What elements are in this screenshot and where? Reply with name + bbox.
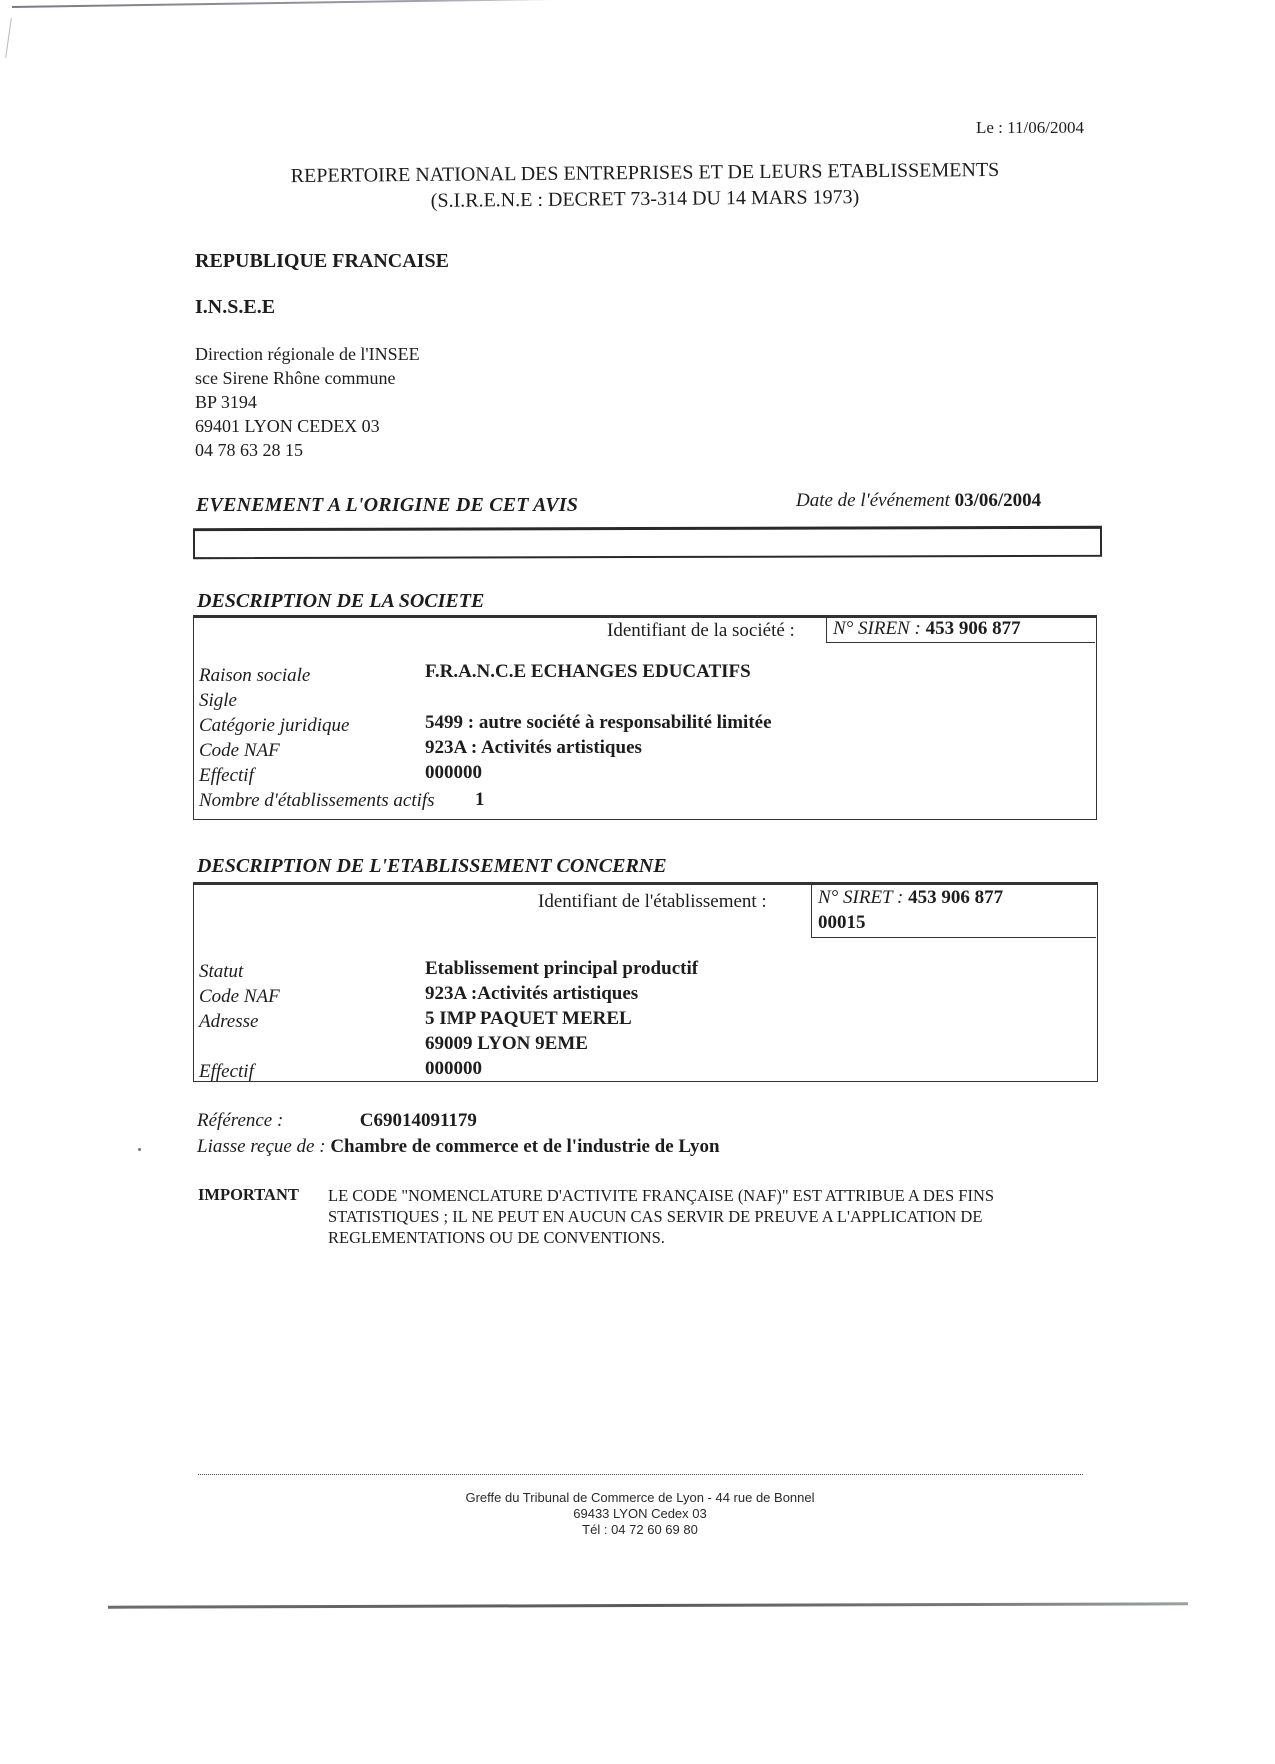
event-date-value: 03/06/2004	[955, 490, 1042, 511]
scan-edge-left	[5, 18, 12, 58]
reference-label: Référence :	[197, 1108, 355, 1134]
reference-value: C69014091179	[360, 1110, 477, 1131]
address-line: Direction régionale de l'INSEE	[195, 342, 420, 366]
siret-label: N° SIRET :	[818, 887, 903, 908]
company-identifier-label: Identifiant de la société :	[607, 620, 795, 642]
footer-line: Greffe du Tribunal de Commerce de Lyon -…	[200, 1490, 1080, 1506]
document-date: Le : 11/06/2004	[976, 118, 1084, 138]
field-value: 5499 : autre société à responsabilité li…	[425, 712, 772, 734]
field-value: 1	[475, 789, 485, 811]
reference-block: Référence : C69014091179 Liasse reçue de…	[197, 1108, 720, 1160]
siret-value: 453 906 877	[908, 887, 1003, 908]
establishment-identifier-label: Identifiant de l'établissement :	[538, 891, 767, 913]
liasse-label: Liasse reçue de :	[197, 1134, 326, 1160]
field-label: Statut	[199, 961, 243, 983]
footer-line: 69433 LYON Cedex 03	[200, 1506, 1080, 1522]
reference-row: Référence : C69014091179	[197, 1108, 720, 1134]
scan-edge-bottom	[108, 1602, 1188, 1608]
field-value: 5 IMP PAQUET MEREL	[425, 1008, 632, 1030]
footer-phone: Tél : 04 72 60 69 80	[200, 1522, 1080, 1538]
field-label: Code NAF	[199, 986, 280, 1008]
important-label: IMPORTANT	[198, 1185, 299, 1205]
field-value: 923A : Activités artistiques	[425, 737, 642, 759]
event-section-title: EVENEMENT A L'ORIGINE DE CET AVIS	[196, 494, 578, 517]
field-label: Adresse	[199, 1011, 258, 1033]
siren-value: 453 906 877	[926, 618, 1021, 639]
field-label: Raison sociale	[199, 665, 310, 687]
footer-divider	[198, 1474, 1083, 1475]
liasse-row: Liasse reçue de : Chambre de commerce et…	[197, 1134, 720, 1160]
scan-edge-top	[12, 0, 972, 8]
field-label: Code NAF	[199, 740, 280, 762]
address-line: sce Sirene Rhône commune	[195, 366, 420, 390]
field-value: Etablissement principal productif	[425, 958, 698, 980]
field-label: Effectif	[199, 765, 254, 787]
establishment-section-title: DESCRIPTION DE L'ETABLISSEMENT CONCERNE	[197, 855, 667, 878]
field-value: 69009 LYON 9EME	[425, 1033, 588, 1055]
field-value: 923A :Activités artistiques	[425, 983, 638, 1005]
field-value: 000000	[425, 1058, 482, 1080]
establishment-box: Identifiant de l'établissement : N° SIRE…	[193, 882, 1098, 1082]
issuer-institute: I.N.S.E.E	[195, 296, 275, 319]
address-line: BP 3194	[195, 390, 420, 414]
event-date-label: Date de l'événement	[796, 490, 950, 511]
siren-box: N° SIREN : 453 906 877	[826, 616, 1095, 643]
field-value: 000000	[425, 762, 482, 784]
company-box: Identifiant de la société : N° SIREN : 4…	[193, 615, 1097, 820]
siren-label: N° SIREN :	[833, 618, 921, 639]
company-section-title: DESCRIPTION DE LA SOCIETE	[197, 590, 484, 613]
address-line: 69401 LYON CEDEX 03	[195, 414, 420, 438]
siret-nic: 00015	[818, 910, 1096, 935]
event-description-box	[193, 526, 1102, 559]
field-label: Catégorie juridique	[199, 715, 349, 737]
event-date: Date de l'événement 03/06/2004	[796, 490, 1041, 512]
siret-box: N° SIRET : 453 906 877 00015	[811, 883, 1096, 938]
scan-speck	[138, 1148, 141, 1151]
footer: Greffe du Tribunal de Commerce de Lyon -…	[200, 1490, 1080, 1538]
issuer-country: REPUBLIQUE FRANCAISE	[195, 250, 449, 273]
important-notice: LE CODE "NOMENCLATURE D'ACTIVITE FRANÇAI…	[328, 1185, 1108, 1248]
issuer-address: Direction régionale de l'INSEE sce Siren…	[195, 342, 420, 462]
liasse-value: Chambre de commerce et de l'industrie de…	[330, 1136, 719, 1157]
field-value: F.R.A.N.C.E ECHANGES EDUCATIFS	[425, 661, 751, 683]
field-label: Effectif	[199, 1061, 254, 1083]
field-label: Sigle	[199, 690, 237, 712]
address-phone: 04 78 63 28 15	[195, 438, 420, 462]
siret-line1: N° SIRET : 453 906 877	[818, 885, 1096, 910]
field-label: Nombre d'établissements actifs	[199, 790, 435, 812]
